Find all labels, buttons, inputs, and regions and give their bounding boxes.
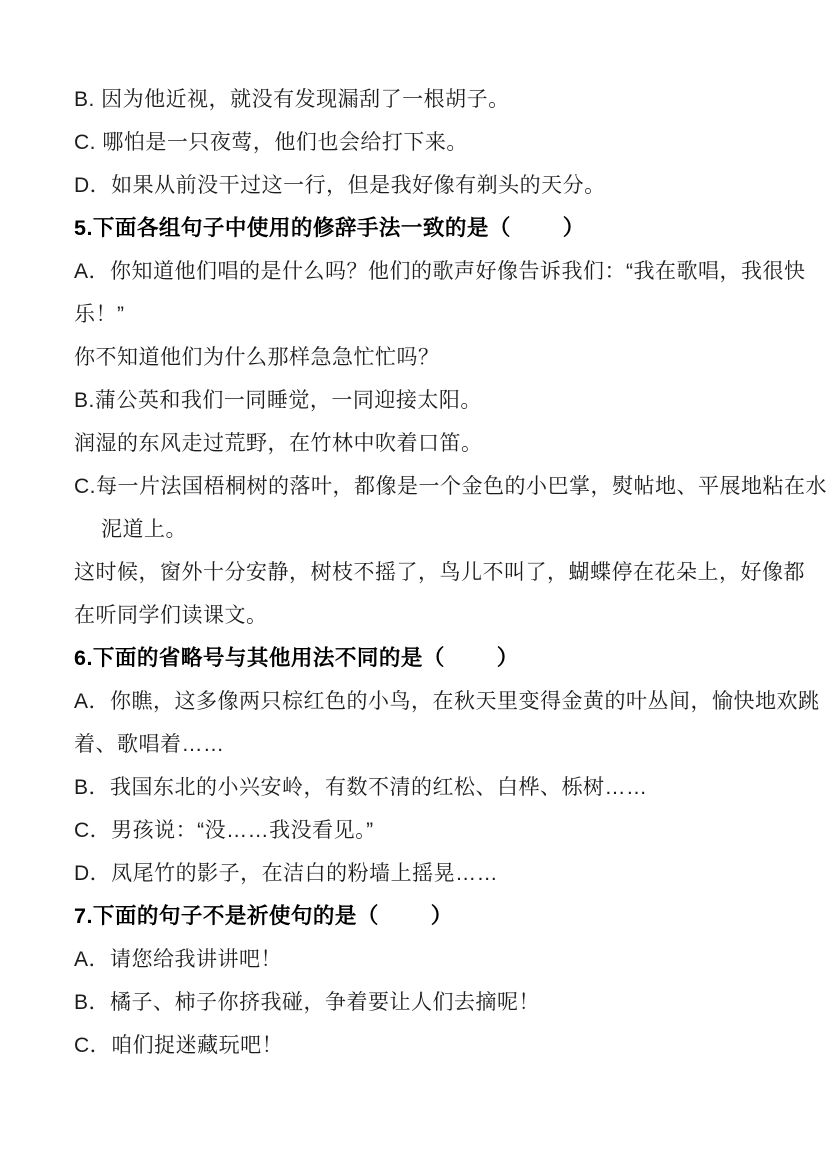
q7-option-b: B．橘子、柿子你挤我碰，争着要让人们去摘呢！ — [74, 981, 761, 1024]
q5-option-a-line-1: A．你知道他们唱的是什么吗？他们的歌声好像告诉我们：“我在歌唱，我很快 — [74, 250, 761, 293]
q5-option-c-line-2: 泥道上。 — [74, 508, 761, 551]
q6-option-b: B．我国东北的小兴安岭，有数不清的红松、白桦、栎树…… — [74, 766, 761, 809]
q6-option-d: D．凤尾竹的影子，在洁白的粉墙上摇晃…… — [74, 852, 761, 895]
q6-option-c: C．男孩说：“没……我没看见。” — [74, 809, 761, 852]
q7-option-a: A．请您给我讲讲吧！ — [74, 938, 761, 981]
q5-option-a-line-2: 乐！” — [74, 293, 761, 336]
q5-option-b-line-1: B.蒲公英和我们一同睡觉，一同迎接太阳。 — [74, 379, 761, 422]
exam-document-page: B. 因为他近视，就没有发现漏刮了一根胡子。 C. 哪怕是一只夜莺，他们也会给打… — [0, 0, 827, 1169]
q7-option-c: C．咱们捉迷藏玩吧！ — [74, 1024, 761, 1067]
q6-option-a-line-1: A．你瞧，这多像两只棕红色的小鸟，在秋天里变得金黄的叶丛间，愉快地欢跳 — [74, 680, 761, 723]
q5-option-b-line-2: 润湿的东风走过荒野，在竹林中吹着口笛。 — [74, 422, 761, 465]
q5-option-c-line-4: 在听同学们读课文。 — [74, 594, 761, 637]
q5-option-c-line-3: 这时候，窗外十分安静，树枝不摇了，鸟儿不叫了，蝴蝶停在花朵上，好像都 — [74, 551, 761, 594]
q6-option-a-line-2: 着、歌唱着…… — [74, 723, 761, 766]
q5-option-c-line-1: C.每一片法国梧桐树的落叶，都像是一个金色的小巴掌，熨帖地、平展地粘在水 — [74, 465, 761, 508]
q4-option-d: D．如果从前没干过这一行，但是我好像有剃头的天分。 — [74, 164, 761, 207]
q5-option-a-line-3: 你不知道他们为什么那样急急忙忙吗？ — [74, 336, 761, 379]
question-7-title: 7.下面的句子不是祈使句的是（ ） — [74, 895, 761, 938]
q4-option-c: C. 哪怕是一只夜莺，他们也会给打下来。 — [74, 121, 761, 164]
question-6-title: 6.下面的省略号与其他用法不同的是（ ） — [74, 637, 761, 680]
q4-option-b: B. 因为他近视，就没有发现漏刮了一根胡子。 — [74, 78, 761, 121]
question-5-title: 5.下面各组句子中使用的修辞手法一致的是（ ） — [74, 207, 761, 250]
